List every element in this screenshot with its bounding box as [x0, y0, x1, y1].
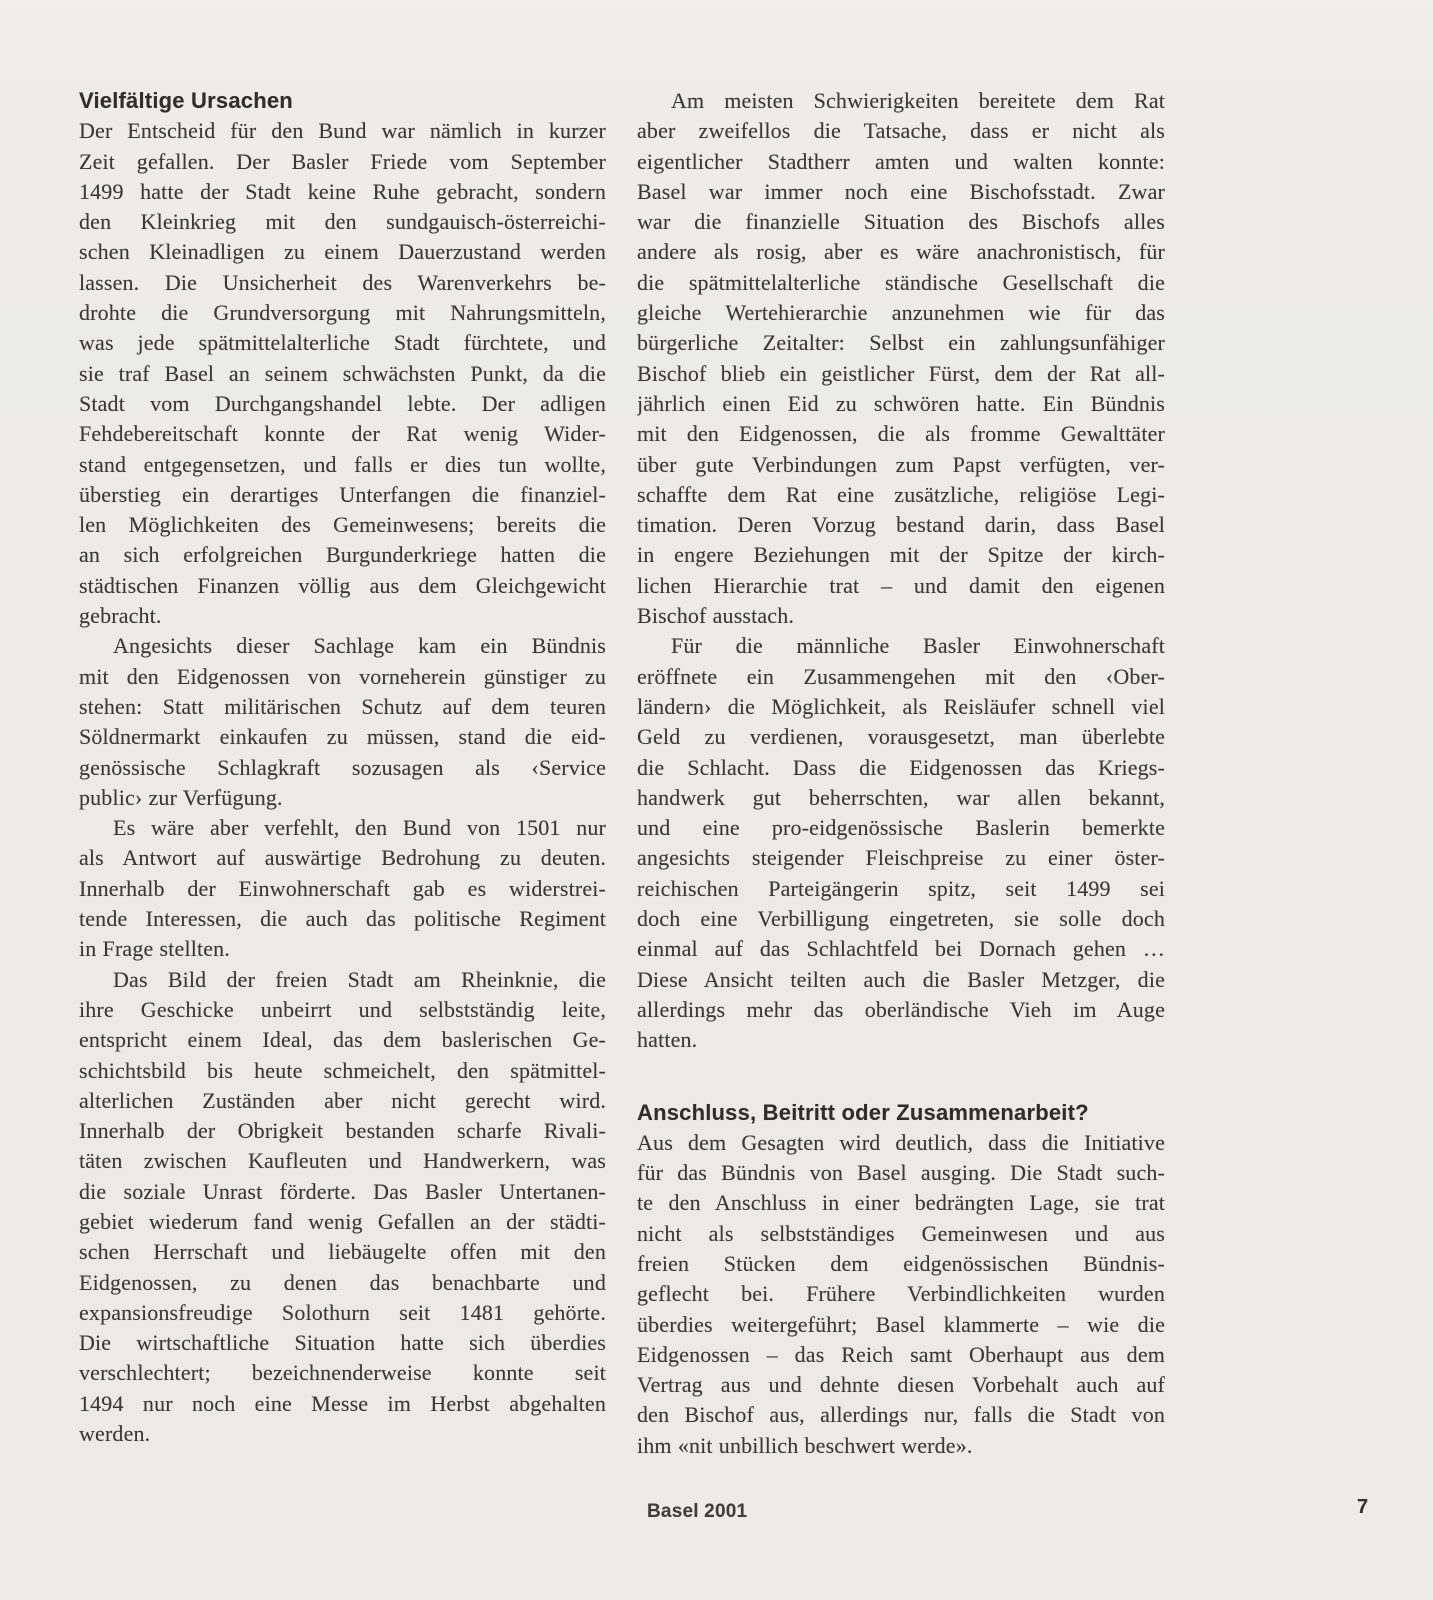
text-line: als Antwort auf auswärtige Bedrohung zu …: [79, 843, 606, 873]
text-line: schen Herrschaft und liebäugelte offen m…: [79, 1237, 606, 1267]
text-line: schichtsbild bis heute schmeichelt, den …: [79, 1056, 606, 1086]
text-line: die Schlacht. Dass die Eidgenossen das K…: [637, 753, 1165, 783]
text-line: doch eine Verbilligung eingetreten, sie …: [637, 904, 1165, 934]
right-column-text-bottom: Aus dem Gesagten wird deutlich, dass die…: [637, 1128, 1165, 1461]
text-line: Aus dem Gesagten wird deutlich, dass die…: [637, 1128, 1165, 1158]
text-line: Bischof blieb ein geistlicher Fürst, dem…: [637, 359, 1165, 389]
section-gap: [637, 1056, 1165, 1098]
text-line: den Bischof aus, allerdings nur, falls d…: [637, 1400, 1165, 1430]
text-line: Vertrag aus und dehnte diesen Vorbehalt …: [637, 1370, 1165, 1400]
text-line: timation. Deren Vorzug bestand darin, da…: [637, 510, 1165, 540]
text-line: eröffnete ein Zusammengehen mit den ‹Obe…: [637, 662, 1165, 692]
text-line: Innerhalb der Einwohnerschaft gab es wid…: [79, 874, 606, 904]
text-line: täten zwischen Kaufleuten und Handwerker…: [79, 1146, 606, 1176]
text-line: in engere Beziehungen mit der Spitze der…: [637, 540, 1165, 570]
text-line: public› zur Verfügung.: [79, 783, 606, 813]
text-line: Am meisten Schwierigkeiten bereitete dem…: [637, 86, 1165, 116]
text-line: andere als rosig, aber es wäre anachroni…: [637, 237, 1165, 267]
text-line: Eidgenossen – das Reich samt Oberhaupt a…: [637, 1340, 1165, 1370]
text-line: Zeit gefallen. Der Basler Friede vom Sep…: [79, 147, 606, 177]
text-line: Geld zu verdienen, vorausgesetzt, man üb…: [637, 722, 1165, 752]
text-line: drohte die Grundversorgung mit Nahrungsm…: [79, 298, 606, 328]
text-line: Die wirtschaftliche Situation hatte sich…: [79, 1328, 606, 1358]
text-line: te den Anschluss in einer bedrängten Lag…: [637, 1188, 1165, 1218]
text-line: städtischen Finanzen völlig aus dem Glei…: [79, 571, 606, 601]
text-line: gebiet wiederum fand wenig Gefallen an d…: [79, 1207, 606, 1237]
text-line: Basel war immer noch eine Bischofsstadt.…: [637, 177, 1165, 207]
text-line: ihm «nit unbillich beschwert werde».: [637, 1431, 1165, 1461]
text-line: und eine pro-eidgenössische Baslerin bem…: [637, 813, 1165, 843]
text-line: allerdings mehr das oberländische Vieh i…: [637, 995, 1165, 1025]
text-line: an sich erfolgreichen Burgunderkriege ha…: [79, 540, 606, 570]
text-line: entspricht einem Ideal, das dem basleris…: [79, 1025, 606, 1055]
text-line: stehen: Statt militärischen Schutz auf d…: [79, 692, 606, 722]
text-line: war die finanzielle Situation des Bischo…: [637, 207, 1165, 237]
text-line: alterlichen Zuständen aber nicht gerecht…: [79, 1086, 606, 1116]
text-line: Der Entscheid für den Bund war nämlich i…: [79, 116, 606, 146]
text-line: Angesichts dieser Sachlage kam ein Bündn…: [79, 631, 606, 661]
text-line: schaffte dem Rat eine zusätzliche, relig…: [637, 480, 1165, 510]
section-heading-vielfaeltige-ursachen: Vielfältige Ursachen: [79, 86, 606, 116]
text-line: überstieg ein derartiges Unterfangen die…: [79, 480, 606, 510]
text-line: einmal auf das Schlachtfeld bei Dornach …: [637, 934, 1165, 964]
text-line: verschlechtert; bezeichnenderweise konnt…: [79, 1358, 606, 1388]
text-line: genössische Schlagkraft sozusagen als ‹S…: [79, 753, 606, 783]
text-line: jährlich einen Eid zu schwören hatte. Ei…: [637, 389, 1165, 419]
text-line: tende Interessen, die auch das politisch…: [79, 904, 606, 934]
text-line: in Frage stellten.: [79, 934, 606, 964]
text-line: 1494 nur noch eine Messe im Herbst abgeh…: [79, 1389, 606, 1419]
text-line: gebracht.: [79, 601, 606, 631]
text-line: hatten.: [637, 1025, 1165, 1055]
text-line: die spätmittelalterliche ständische Gese…: [637, 268, 1165, 298]
text-line: für das Bündnis von Basel ausging. Die S…: [637, 1158, 1165, 1188]
text-line: was jede spätmittelalterliche Stadt fürc…: [79, 328, 606, 358]
text-line: angesichts steigender Fleischpreise zu e…: [637, 843, 1165, 873]
text-line: nicht als selbstständiges Gemeinwesen un…: [637, 1219, 1165, 1249]
left-column: Vielfältige Ursachen Der Entscheid für d…: [79, 86, 606, 1449]
right-column: Am meisten Schwierigkeiten bereitete dem…: [637, 86, 1165, 1461]
text-line: stand entgegensetzen, und falls er dies …: [79, 450, 606, 480]
text-line: Söldnermarkt einkaufen zu müssen, stand …: [79, 722, 606, 752]
text-line: werden.: [79, 1419, 606, 1449]
text-line: lichen Hierarchie trat – und damit den e…: [637, 571, 1165, 601]
text-line: geflecht bei. Frühere Verbindlichkeiten …: [637, 1279, 1165, 1309]
text-line: Fehdebereitschaft konnte der Rat wenig W…: [79, 419, 606, 449]
text-line: expansionsfreudige Solothurn seit 1481 g…: [79, 1298, 606, 1328]
text-line: len Möglichkeiten des Gemeinwesens; bere…: [79, 510, 606, 540]
text-line: Es wäre aber verfehlt, den Bund von 1501…: [79, 813, 606, 843]
text-line: sie traf Basel an seinem schwächsten Pun…: [79, 359, 606, 389]
text-line: Für die männliche Basler Einwohnerschaft: [637, 631, 1165, 661]
text-line: freien Stücken dem eidgenössischen Bündn…: [637, 1249, 1165, 1279]
text-line: mit den Eidgenossen, die als fromme Gewa…: [637, 419, 1165, 449]
left-column-text: Der Entscheid für den Bund war nämlich i…: [79, 116, 606, 1449]
page-number: 7: [1357, 1496, 1368, 1519]
text-line: Eidgenossen, zu denen das benachbarte un…: [79, 1268, 606, 1298]
text-line: ihre Geschicke unbeirrt und selbstständi…: [79, 995, 606, 1025]
text-line: Innerhalb der Obrigkeit bestanden scharf…: [79, 1116, 606, 1146]
text-line: ländern› die Möglichkeit, als Reisläufer…: [637, 692, 1165, 722]
footer-imprint: Basel 2001: [647, 1501, 747, 1523]
text-line: Bischof ausstach.: [637, 601, 1165, 631]
text-line: mit den Eidgenossen von vorneherein güns…: [79, 662, 606, 692]
text-line: Diese Ansicht teilten auch die Basler Me…: [637, 965, 1165, 995]
text-line: lassen. Die Unsicherheit des Warenverkeh…: [79, 268, 606, 298]
text-line: Das Bild der freien Stadt am Rheinknie, …: [79, 965, 606, 995]
text-line: überdies weitergeführt; Basel klammerte …: [637, 1310, 1165, 1340]
text-line: reichischen Parteigängerin spitz, seit 1…: [637, 874, 1165, 904]
text-line: bürgerliche Zeitalter: Selbst ein zahlun…: [637, 328, 1165, 358]
scanned-document-page: Vielfältige Ursachen Der Entscheid für d…: [0, 0, 1433, 1600]
text-line: die soziale Unrast förderte. Das Basler …: [79, 1177, 606, 1207]
text-line: den Kleinkrieg mit den sundgauisch-öster…: [79, 207, 606, 237]
text-line: Stadt vom Durchgangshandel lebte. Der ad…: [79, 389, 606, 419]
text-line: handwerk gut beherrschten, war allen bek…: [637, 783, 1165, 813]
text-line: über gute Verbindungen zum Papst verfügt…: [637, 450, 1165, 480]
text-line: gleiche Wertehierarchie anzunehmen wie f…: [637, 298, 1165, 328]
section-heading-anschluss-beitritt: Anschluss, Beitritt oder Zusammenarbeit?: [637, 1098, 1165, 1128]
text-line: schen Kleinadligen zu einem Dauerzustand…: [79, 237, 606, 267]
right-column-text-top: Am meisten Schwierigkeiten bereitete dem…: [637, 86, 1165, 1056]
text-line: eigentlicher Stadtherr amten und walten …: [637, 147, 1165, 177]
text-line: aber zweifellos die Tatsache, dass er ni…: [637, 116, 1165, 146]
text-line: 1499 hatte der Stadt keine Ruhe gebracht…: [79, 177, 606, 207]
